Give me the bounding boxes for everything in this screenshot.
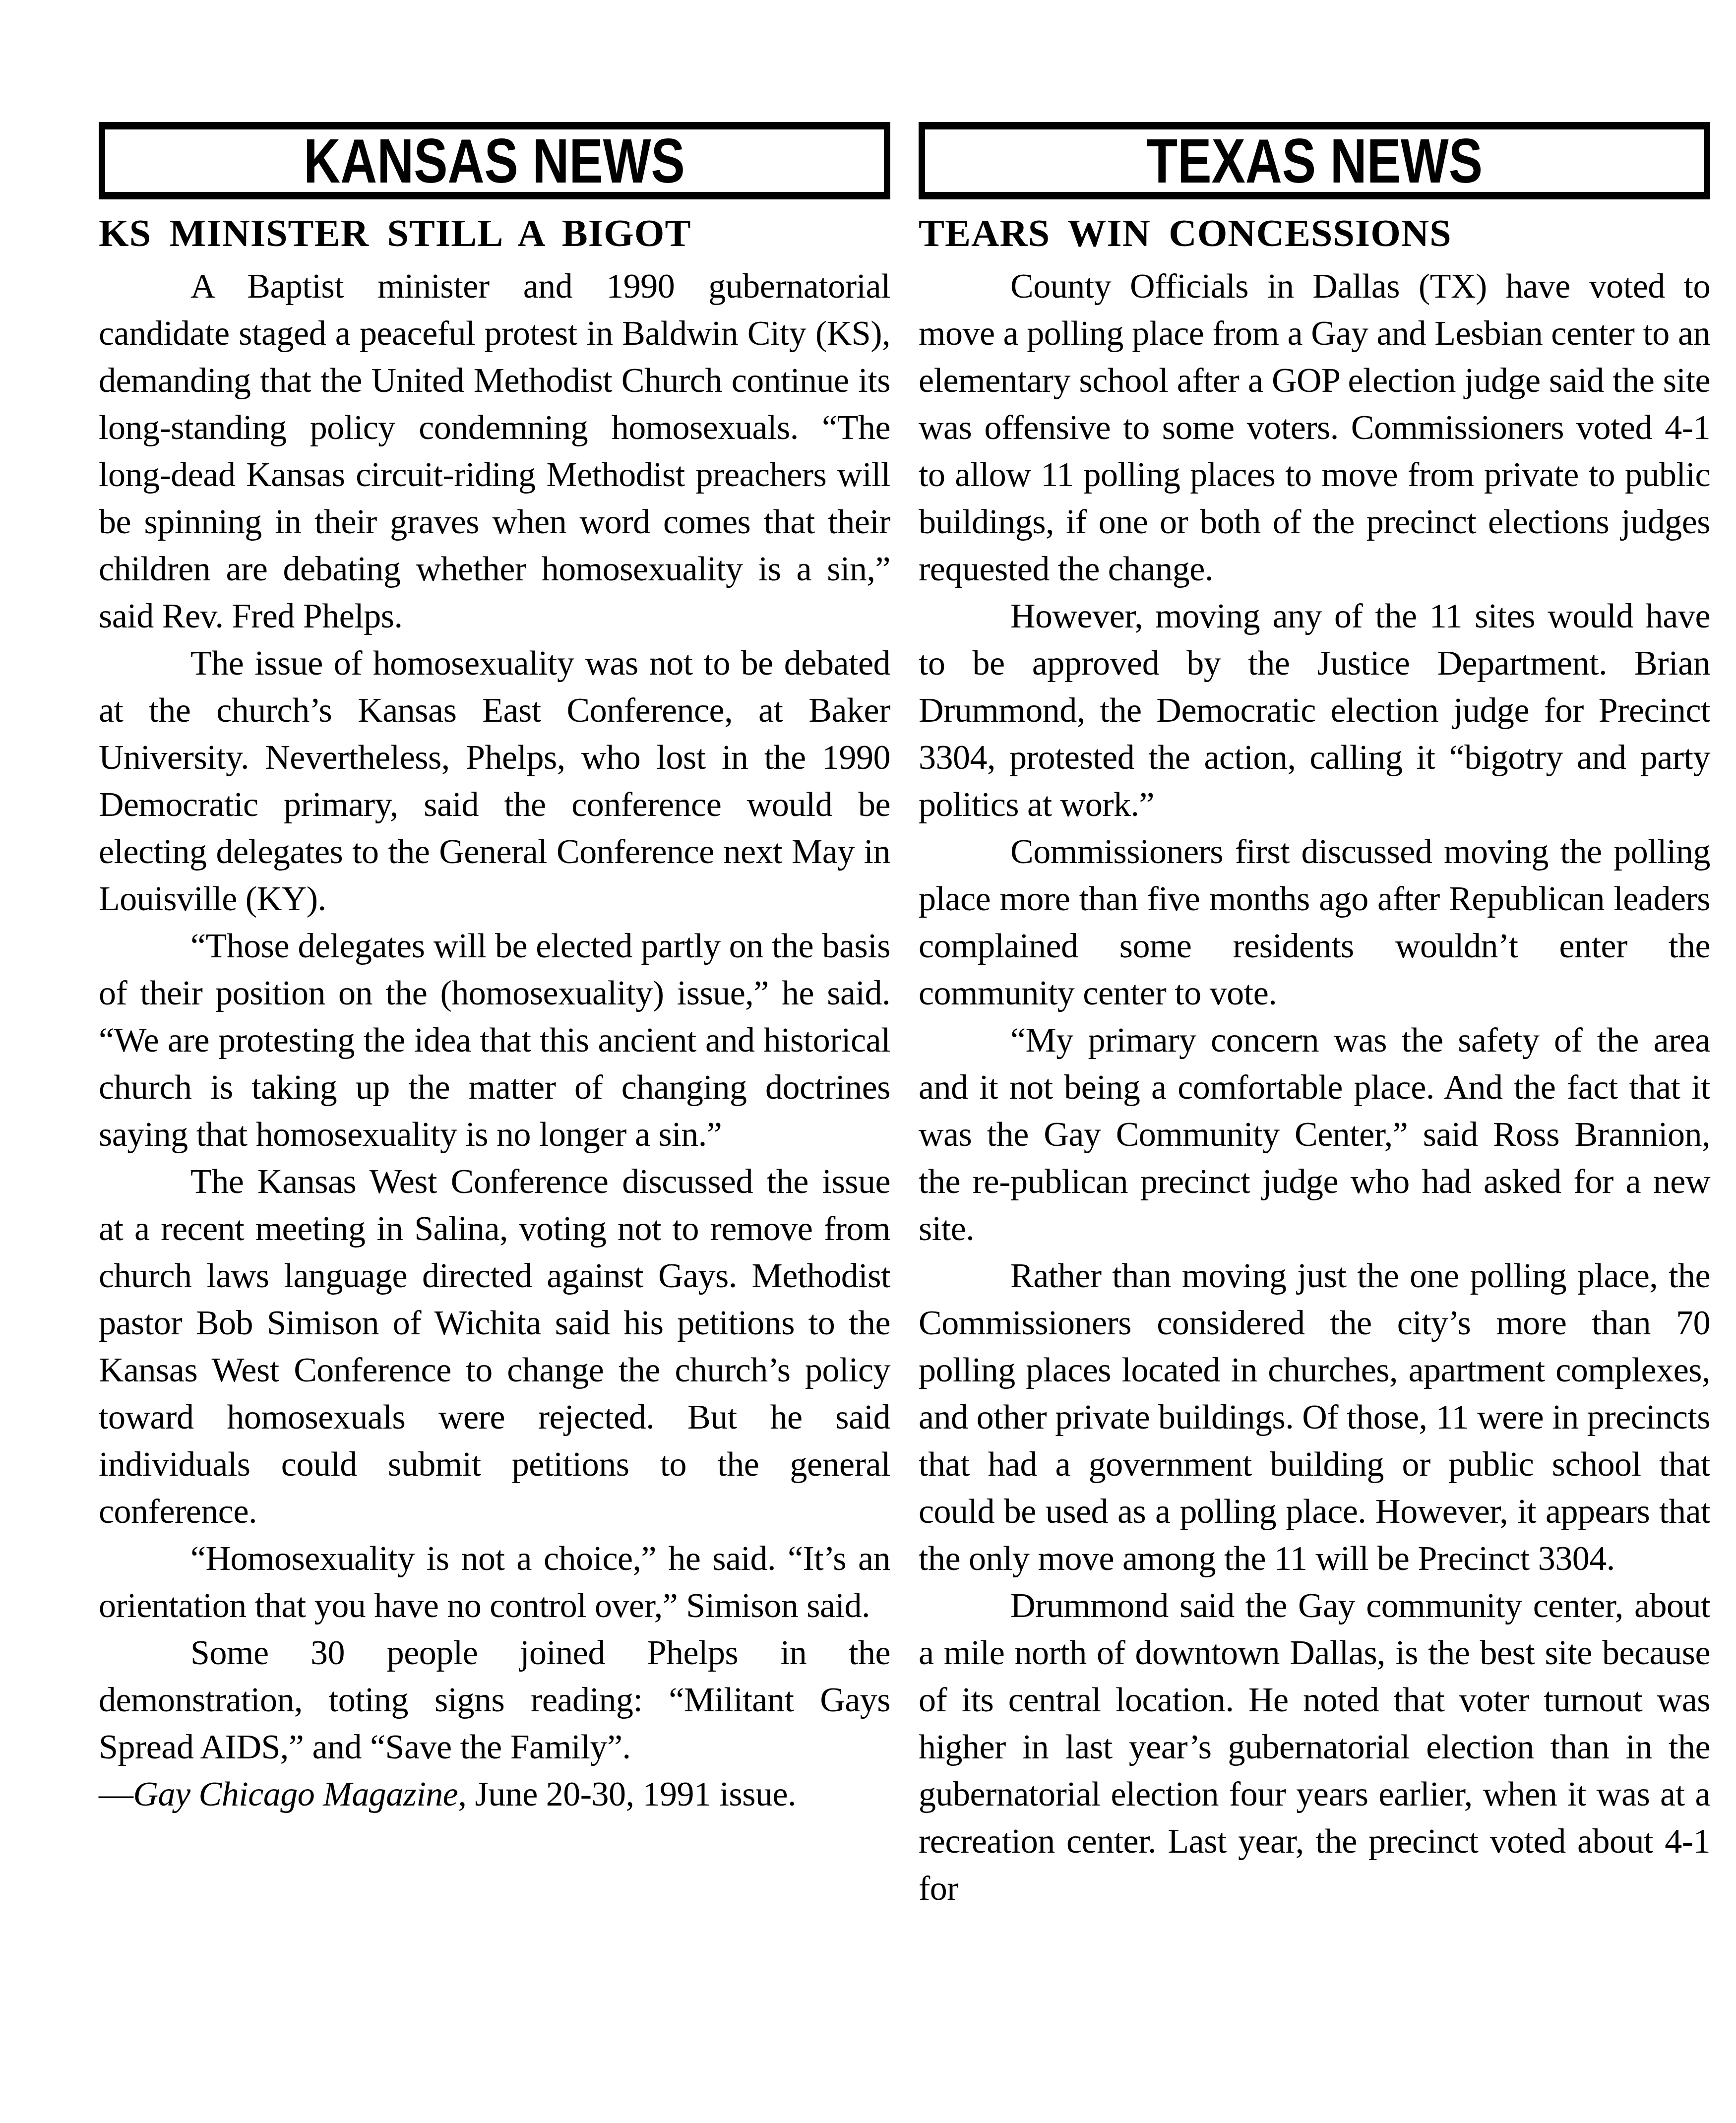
texas-article-headline: TEARS WIN CONCESSIONS xyxy=(919,212,1710,254)
attribution-source: Gay Chicago Magazine xyxy=(133,1775,458,1813)
kansas-paragraph-6: Some 30 people joined Phelps in the demo… xyxy=(99,1629,890,1771)
texas-paragraph-6: Drummond said the Gay community center, … xyxy=(919,1582,1710,1912)
attribution-dash: — xyxy=(99,1775,133,1813)
texas-paragraph-3: Commissioners first discussed moving the… xyxy=(919,828,1710,1017)
kansas-attribution: —Gay Chicago Magazine, June 20-30, 1991 … xyxy=(99,1771,890,1818)
kansas-paragraph-4: The Kansas West Conference discussed the… xyxy=(99,1158,890,1535)
texas-paragraph-5: Rather than moving just the one polling … xyxy=(919,1252,1710,1582)
kansas-news-column: KANSAS NEWS KS MINISTER STILL A BIGOT A … xyxy=(99,122,890,1912)
kansas-news-banner: KANSAS NEWS xyxy=(99,122,890,199)
attribution-rest: , June 20-30, 1991 issue. xyxy=(458,1775,796,1813)
texas-paragraph-1: County Officials in Dallas (TX) have vot… xyxy=(919,263,1710,593)
kansas-article-headline: KS MINISTER STILL A BIGOT xyxy=(99,212,890,254)
texas-news-banner-label: TEXAS NEWS xyxy=(1146,129,1483,192)
kansas-paragraph-3: “Those delegates will be elected partly … xyxy=(99,923,890,1158)
texas-article-body: County Officials in Dallas (TX) have vot… xyxy=(919,263,1710,1912)
kansas-news-banner-label: KANSAS NEWS xyxy=(304,129,685,192)
newsletter-page: KANSAS NEWS KS MINISTER STILL A BIGOT A … xyxy=(0,0,1736,2123)
kansas-paragraph-1: A Baptist minister and 1990 gubernatoria… xyxy=(99,263,890,640)
kansas-paragraph-2: The issue of homosexuality was not to be… xyxy=(99,640,890,923)
texas-paragraph-2: However, moving any of the 11 sites woul… xyxy=(919,593,1710,828)
two-column-layout: KANSAS NEWS KS MINISTER STILL A BIGOT A … xyxy=(99,122,1710,1912)
texas-news-column: TEXAS NEWS TEARS WIN CONCESSIONS County … xyxy=(919,122,1710,1912)
kansas-paragraph-5: “Homosexuality is not a choice,” he said… xyxy=(99,1535,890,1629)
texas-paragraph-4: “My primary concern was the safety of th… xyxy=(919,1017,1710,1252)
texas-news-banner: TEXAS NEWS xyxy=(919,122,1710,199)
kansas-article-body: A Baptist minister and 1990 gubernatoria… xyxy=(99,263,890,1818)
